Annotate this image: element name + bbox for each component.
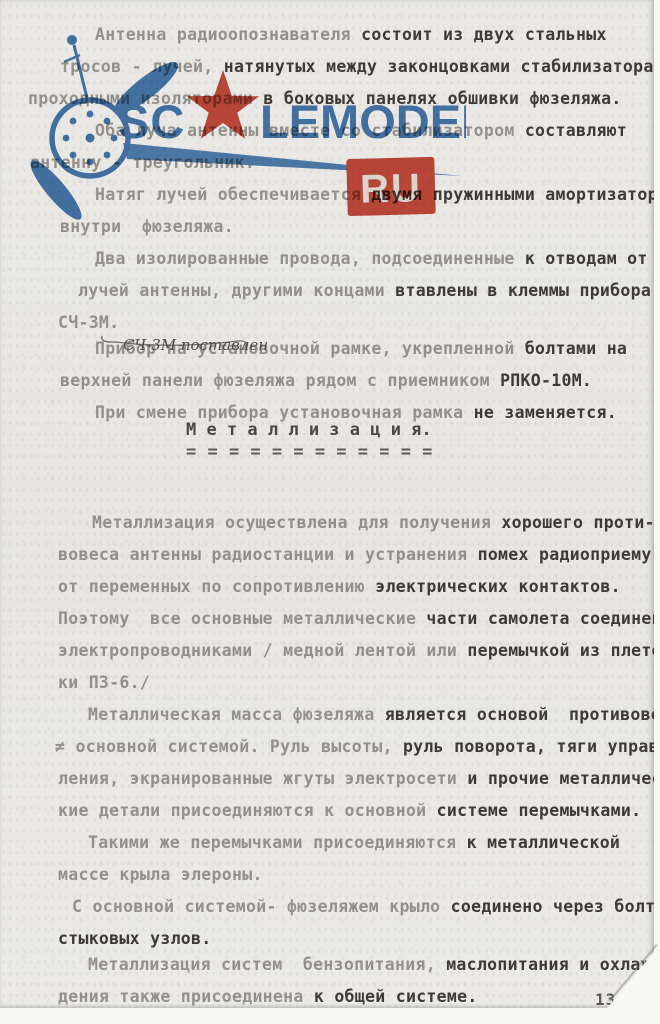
text-segment: ≠ основной системой. Руль высоты, (55, 737, 403, 756)
text-segment: к общей системе. (314, 987, 478, 1006)
text-segment: и прочие металличес- (467, 769, 660, 788)
brand-text-prefix: SC (118, 95, 185, 148)
text-segment: перемычкой из плетен- (467, 641, 660, 660)
text-line: стыковых узлов. (58, 928, 212, 950)
text-line: ления, экранированные жгуты электросети … (58, 768, 660, 790)
text-segment: маслопитания и охлаж- (446, 955, 660, 974)
text-segment: С основной системой- фюзеляжем крыло (72, 897, 451, 916)
section-heading-underline: = = = = = = = = = = = = (186, 442, 433, 462)
text-segment: руль поворота, тяги управ- (403, 737, 660, 756)
scalemodels-watermark-logo: SC LEMODELS RU (10, 8, 466, 220)
text-segment: Металлическая масса фюзеляжа (88, 705, 385, 724)
text-segment: болтами на (525, 339, 627, 358)
text-segment: электрических контактов. (375, 577, 621, 596)
text-segment: ки ПЗ-6./ (58, 673, 150, 692)
text-line: Металлизация систем бензопитания, маслоп… (88, 954, 660, 976)
star-icon (187, 70, 259, 139)
text-segment: втавлены в клеммы прибора (395, 281, 651, 300)
text-segment: хорошего проти- (501, 513, 655, 532)
text-line: вовеса антенны радиостанции и устранения… (58, 544, 652, 566)
text-segment: к отводам от (525, 249, 648, 268)
section-heading: М е т а л л и з а ц и я. (186, 420, 432, 440)
text-segment: РПКО-10М. (500, 371, 592, 390)
text-segment: не заменяется. (474, 403, 617, 422)
text-segment: стыковых узлов. (58, 929, 212, 948)
brand-text-suffix: LEMODELS (260, 95, 466, 148)
text-segment: Металлизация систем (88, 955, 282, 974)
text-segment: электропроводниками / медной лентой или (58, 641, 467, 660)
text-line: Металлическая масса фюзеляжа является ос… (88, 704, 660, 726)
text-segment: является основой противовеса (385, 705, 660, 724)
handwritten-annotation: СЧ-3М поставлен (104, 318, 268, 390)
text-line: Такими же перемычками присоединяются к м… (88, 832, 620, 854)
text-segment: кие детали присоединяются к основной (58, 801, 437, 820)
text-segment: Металлизация осуществлена для получения (92, 513, 501, 532)
text-line: дения также присоединена к общей системе… (58, 986, 478, 1008)
text-segment: дения также присоединена (58, 987, 314, 1006)
text-line: Поэтому все основные металлические части… (58, 608, 660, 630)
text-segment: Два изолированные провода, подсоединенны… (95, 249, 525, 268)
text-line: лучей антенны, другими концами втавлены … (78, 280, 651, 302)
text-segment: системе перемычками. (437, 801, 642, 820)
ru-badge-label: RU (360, 166, 423, 212)
text-line: ки ПЗ-6./ (58, 672, 150, 694)
text-segment: Поэтому все основные металлические (58, 609, 426, 628)
text-line: С основной системой- фюзеляжем крыло сое… (72, 896, 660, 918)
text-line: Металлизация осуществлена для получения … (92, 512, 655, 534)
text-segment: части самолета соединены (426, 609, 660, 628)
text-segment: к металлической (467, 833, 621, 852)
text-segment: помех радиоприему (478, 545, 652, 564)
scanned-page: { "page": { "number": "136" }, "watermar… (0, 0, 660, 1024)
text-segment: ления, экранированные жгуты электросети (58, 769, 467, 788)
text-segment: Такими же перемычками присоединяются (88, 833, 467, 852)
text-line: кие детали присоединяются к основной сис… (58, 800, 641, 822)
text-line: от переменных по сопротивлению электриче… (58, 576, 621, 598)
text-line: массе крыла элероны. (58, 864, 263, 886)
text-line: ≠ основной системой. Руль высоты, руль п… (55, 736, 660, 758)
handwritten-underline-flourish (98, 333, 258, 349)
text-line: Два изолированные провода, подсоединенны… (95, 248, 648, 270)
text-segment: вовеса антенны радиостанции и устранения (58, 545, 478, 564)
text-segment: от переменных по сопротивлению (58, 577, 375, 596)
text-segment: бензопитания, (282, 955, 446, 974)
text-segment: массе крыла элероны. (58, 865, 263, 884)
text-line: электропроводниками / медной лентой или … (58, 640, 660, 662)
text-segment: соединено через болты (451, 897, 660, 916)
text-segment: составляют (525, 121, 627, 140)
text-segment: лучей антенны, другими концами (78, 281, 395, 300)
